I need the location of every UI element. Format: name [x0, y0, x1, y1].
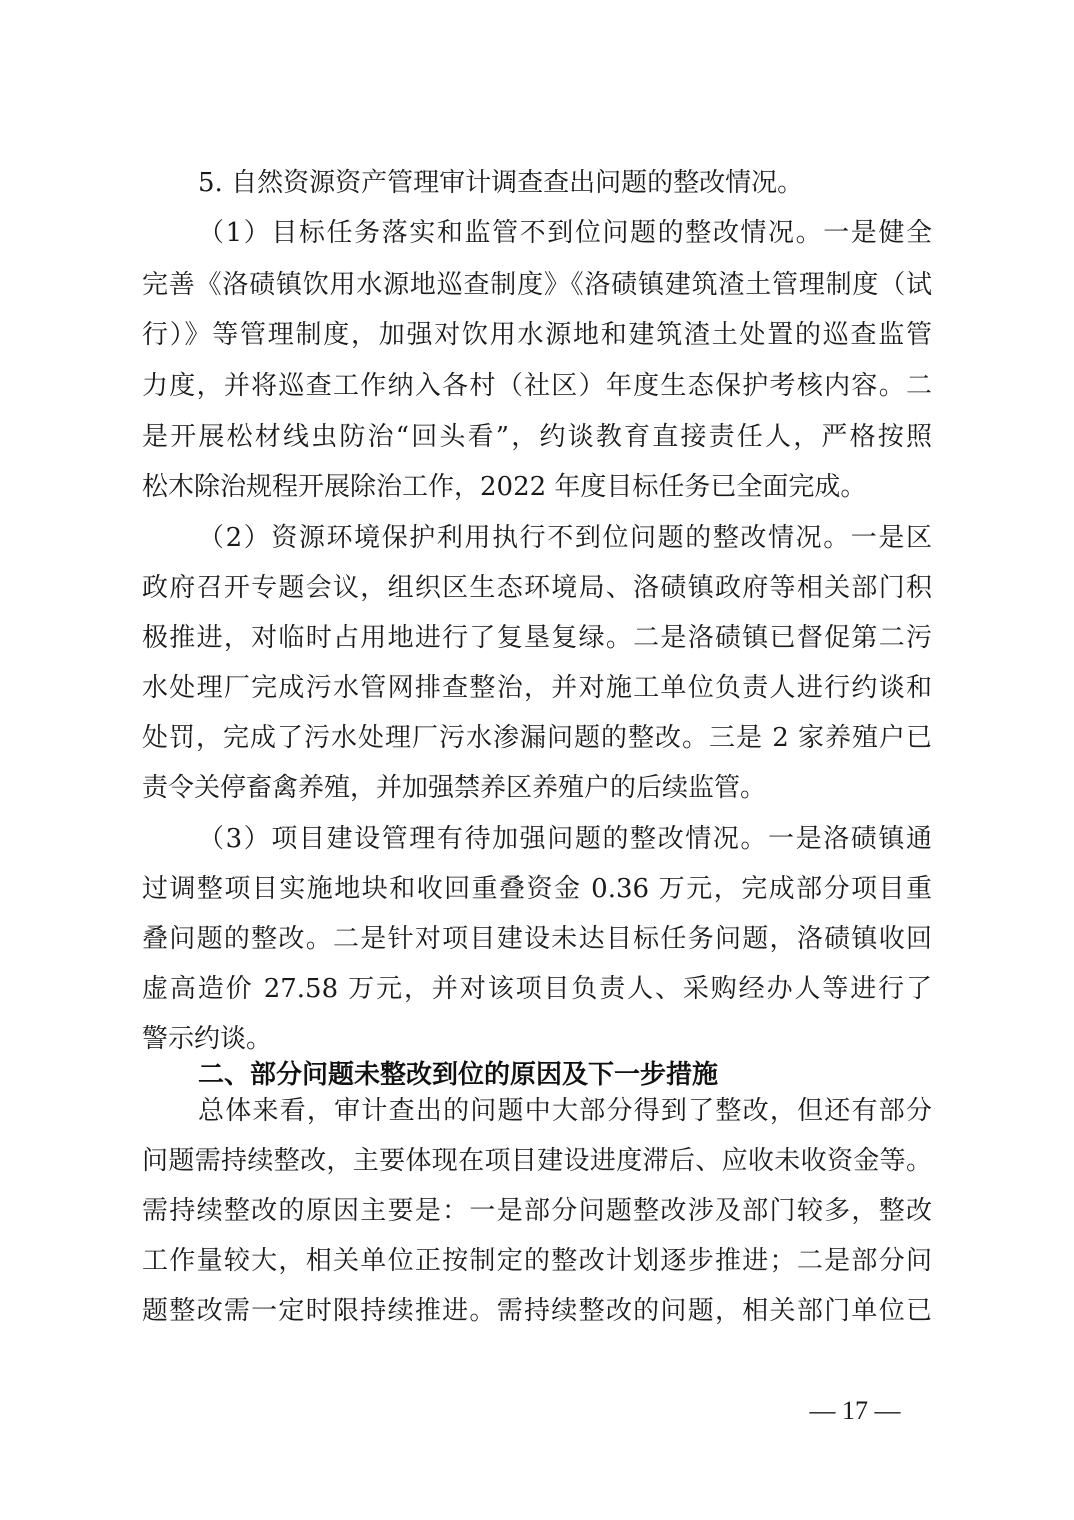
paragraph-line: 问题需持续整改，主要体现在项目建设进度滞后、应收未收资金等。: [142, 1143, 932, 1179]
paragraph-line: 力度，并将巡查工作纳入各村（社区）年度生态保护考核内容。二: [142, 368, 932, 404]
paragraph-line: 工作量较大，相关单位正按制定的整改计划逐步推进；二是部分问: [142, 1243, 932, 1279]
paragraph-line: 虚高造价 27.58 万元，并对该项目负责人、采购经办人等进行了: [142, 971, 932, 1007]
paragraph-line: 完善《洛碛镇饮用水源地巡查制度》《洛碛镇建筑渣土管理制度（试: [142, 267, 932, 303]
paragraph-line: 责令关停畜禽养殖，并加强禁养区养殖户的后续监管。: [142, 770, 932, 806]
page-number: — 17 —: [800, 1394, 910, 1428]
paragraph-line: 过调整项目实施地块和收回重叠资金 0.36 万元，完成部分项目重: [142, 871, 932, 907]
paragraph-line: 警示约谈。: [142, 1021, 932, 1057]
paragraph-line: 需持续整改的原因主要是：一是部分问题整改涉及部门较多，整改: [142, 1193, 932, 1229]
section-heading: 二、部分问题未整改到位的原因及下一步措施: [198, 1057, 932, 1093]
paragraph-line: 是开展松材线虫防治“回头看”，约谈教育直接责任人，严格按照: [142, 419, 932, 455]
paragraph-line: 叠问题的整改。二是针对项目建设未达目标任务问题，洛碛镇收回: [142, 921, 932, 957]
document-page: 5. 自然资源资产管理审计调查查出问题的整改情况。 （1）目标任务落实和监管不到…: [0, 0, 1074, 1520]
paragraph-line: 行）》等管理制度，加强对饮用水源地和建筑渣土处置的巡查监管: [142, 317, 932, 353]
section-title: 5. 自然资源资产管理审计调查查出问题的整改情况。: [198, 165, 932, 201]
paragraph-line: 题整改需一定时限持续推进。需持续整改的问题，相关部门单位已: [142, 1293, 932, 1329]
paragraph-line: （2）资源环境保护利用执行不到位问题的整改情况。一是区: [198, 520, 932, 556]
paragraph-line: 处罚，完成了污水处理厂污水渗漏问题的整改。三是 2 家养殖户已: [142, 720, 932, 756]
paragraph-line: 总体来看，审计查出的问题中大部分得到了整改，但还有部分: [198, 1093, 932, 1129]
paragraph-line: 松木除治规程开展除治工作，2022 年度目标任务已全面完成。: [142, 469, 932, 505]
paragraph-line: （1）目标任务落实和监管不到位问题的整改情况。一是健全: [198, 215, 932, 251]
paragraph-line: 政府召开专题会议，组织区生态环境局、洛碛镇政府等相关部门积: [142, 570, 932, 606]
paragraph-line: 水处理厂完成污水管网排查整治，并对施工单位负责人进行约谈和: [142, 670, 932, 706]
paragraph-line: （3）项目建设管理有待加强问题的整改情况。一是洛碛镇通: [198, 821, 932, 857]
paragraph-line: 极推进，对临时占用地进行了复垦复绿。二是洛碛镇已督促第二污: [142, 620, 932, 656]
